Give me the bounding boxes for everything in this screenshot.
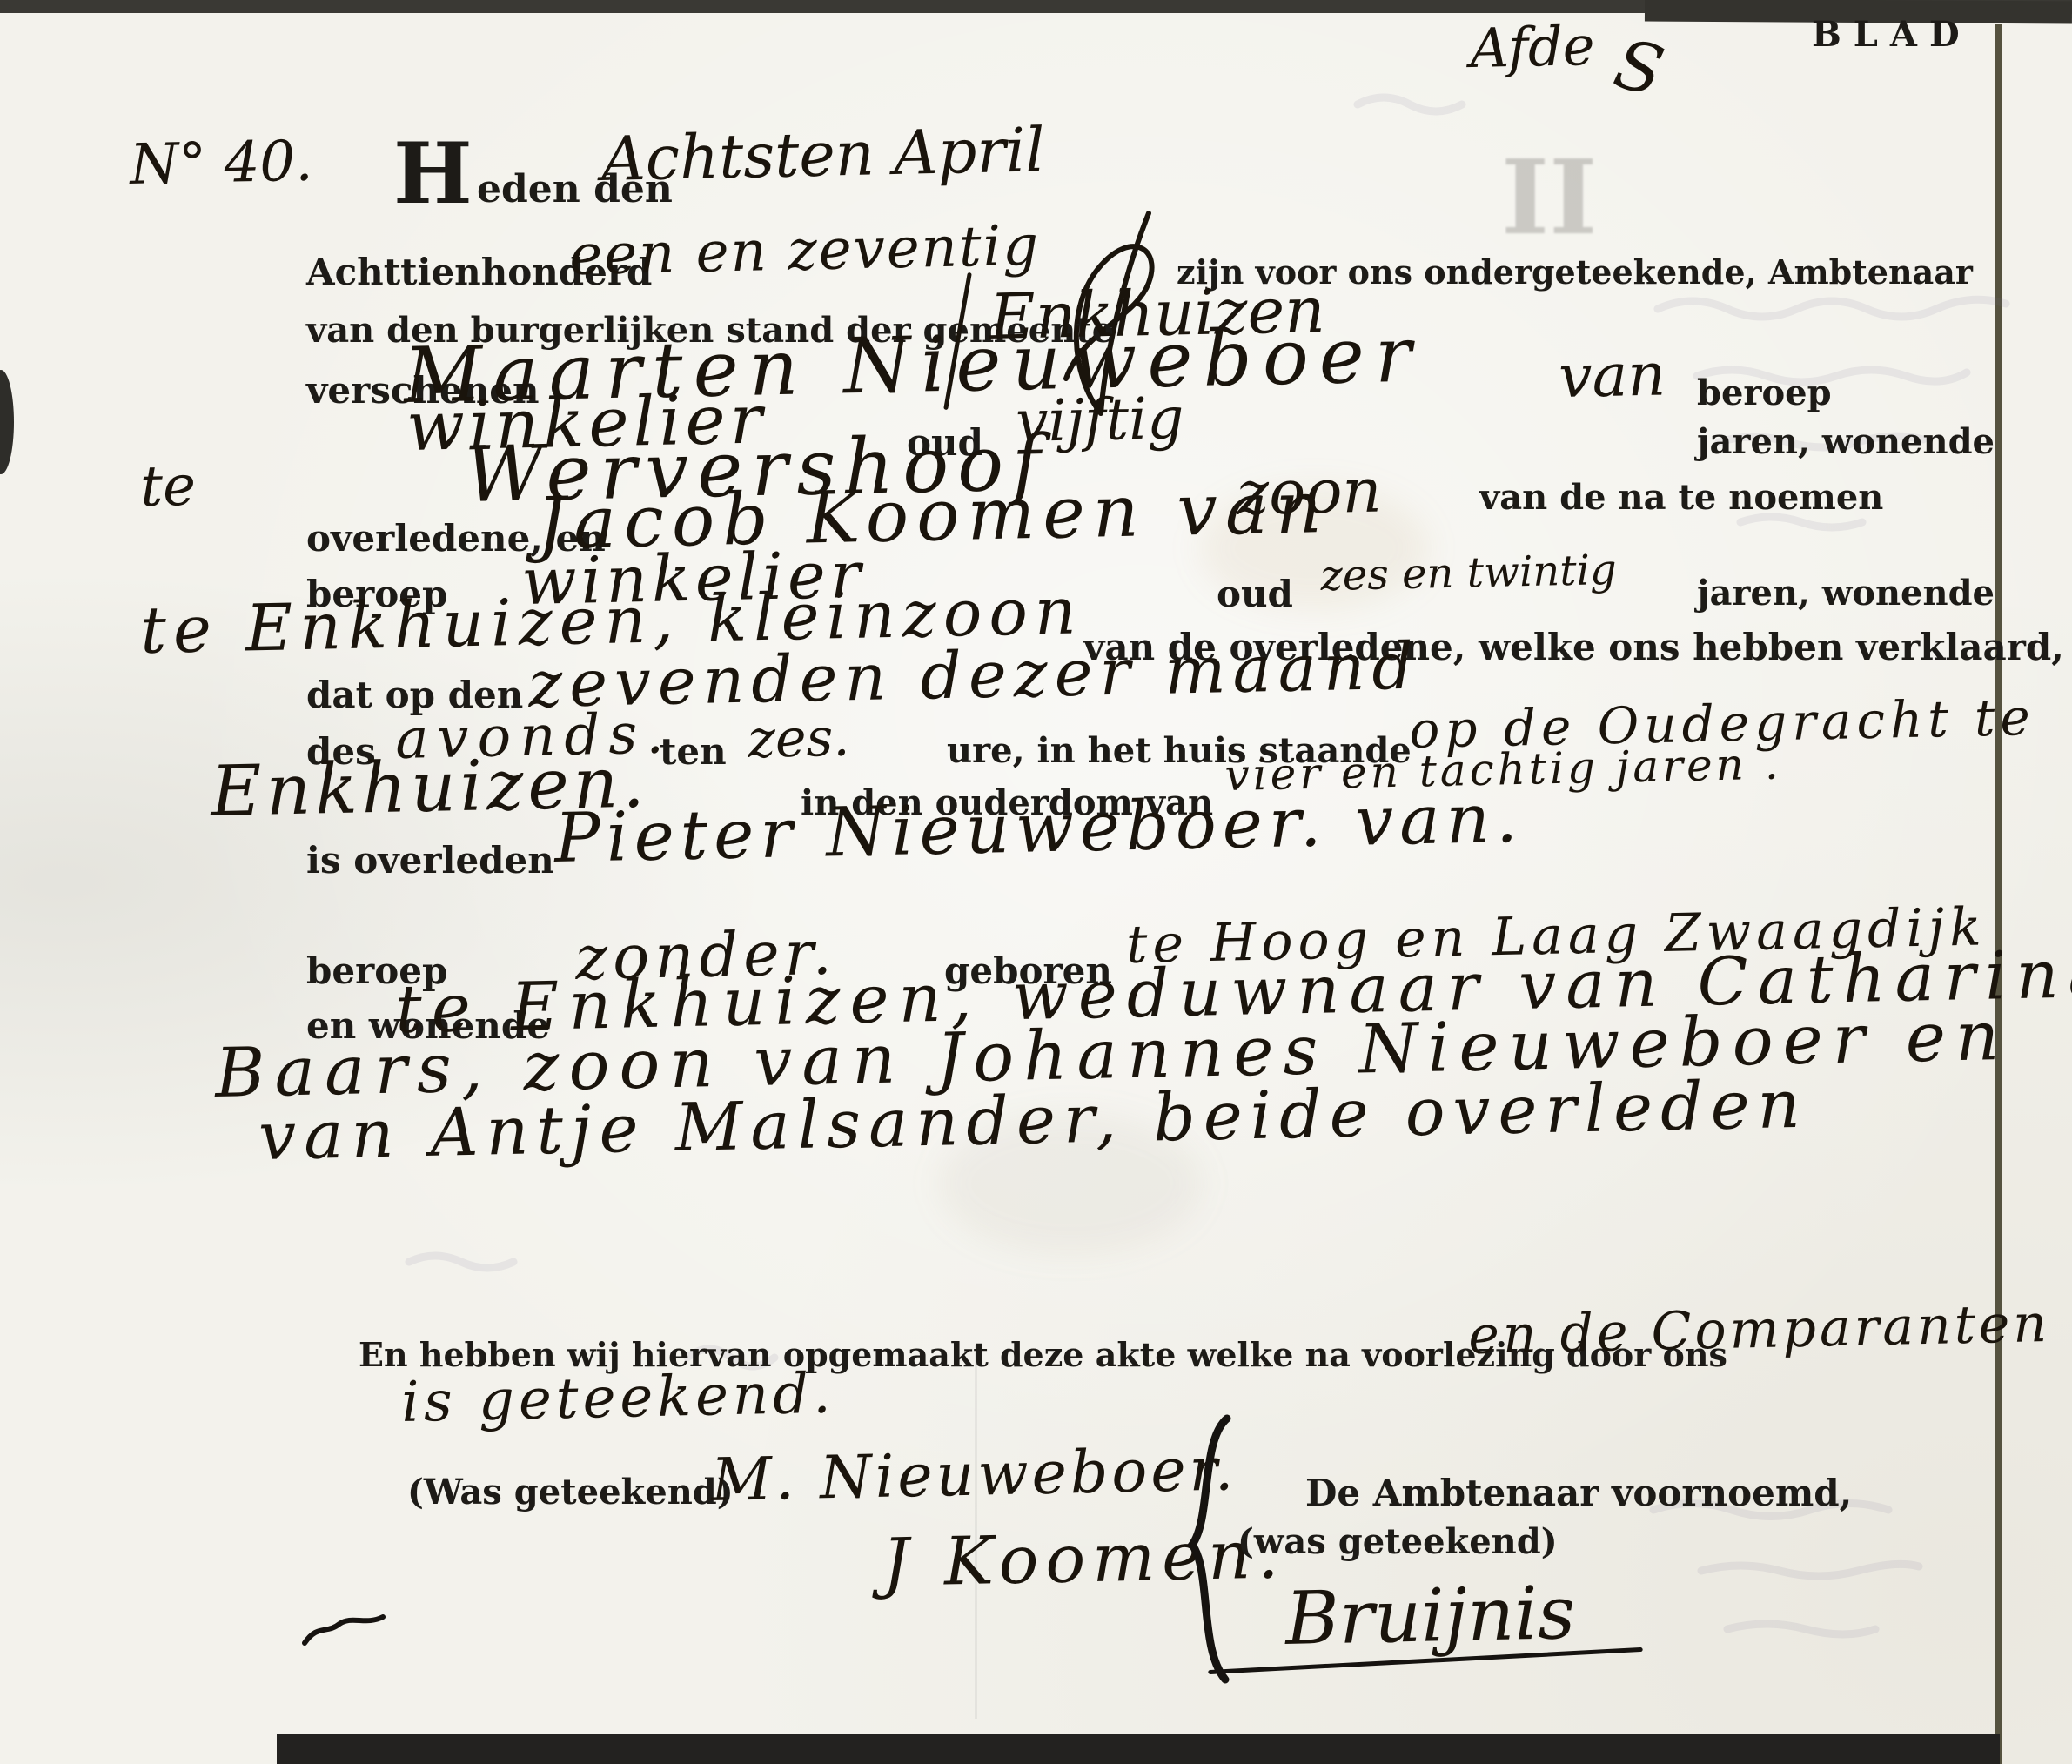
beroep-label-right: beroep bbox=[1697, 376, 1832, 411]
was-geteekend-small-label: (was geteekend) bbox=[1237, 1525, 1558, 1559]
is-overleden-label: is overleden bbox=[306, 842, 554, 879]
jaren-wonende-label2: jaren, wonende bbox=[1697, 576, 1995, 611]
hand-declarant2-age: zes en twintig bbox=[1320, 549, 1617, 597]
ghost-numeral: II bbox=[1501, 146, 1597, 249]
hand-comparanten: en de Comparanten bbox=[1468, 1298, 2051, 1362]
afdeling-note: Afde bbox=[1470, 19, 1595, 76]
act-number: N° 40. bbox=[130, 134, 313, 193]
hand-van: van bbox=[1559, 345, 1666, 407]
hand-deceased-name: Pieter Nieuweboer. van. bbox=[553, 785, 1524, 873]
hand-te: te bbox=[140, 459, 197, 515]
hand-is-geteekend: is geteekend. bbox=[401, 1366, 835, 1431]
blad-label: BLAD bbox=[1812, 17, 1972, 52]
pen-squiggle bbox=[300, 1608, 387, 1652]
official-title-label: De Ambtenaar voornoemd, bbox=[1305, 1475, 1852, 1512]
ten-label: ten bbox=[660, 734, 727, 770]
signature-witness1: M. Nieuweboer. bbox=[711, 1440, 1237, 1511]
oud-label2: oud bbox=[1217, 576, 1293, 613]
jaren-wonende-label: jaren, wonende bbox=[1697, 425, 1995, 459]
na-te-noemen-label: van de na te noemen bbox=[1479, 480, 1883, 515]
brace-mark bbox=[1175, 1414, 1244, 1684]
hand-date-day-month: Achtsten April bbox=[601, 119, 1046, 190]
heden-dropcap: H bbox=[393, 132, 473, 216]
was-geteekend-label: (Was geteekend) bbox=[407, 1475, 734, 1510]
death-record-scan: Afde S BLAD II N° 40. H eden den Achtste… bbox=[0, 0, 2072, 1764]
signature-official: Bruijnis bbox=[1284, 1576, 1576, 1655]
hand-hour: zes. bbox=[748, 712, 850, 766]
